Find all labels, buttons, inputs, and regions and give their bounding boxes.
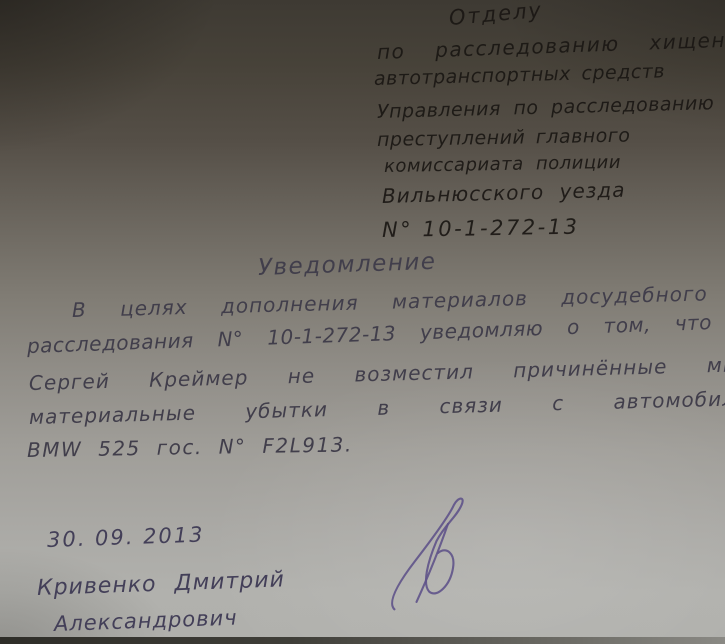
- recipient-line-5: преступлений главного: [377, 125, 631, 151]
- case-number: N° 10-1-272-13: [382, 215, 580, 242]
- recipient-line-6: комиссариата полиции: [384, 152, 621, 177]
- signature-icon: [378, 485, 491, 625]
- recipient-line-7: Вильнюсского уезда: [382, 178, 626, 208]
- recipient-line-2: по расследованию хищений: [377, 27, 725, 64]
- photo-bottom-edge-shadow: [0, 637, 725, 644]
- recipient-line-1: Отделу: [448, 0, 544, 30]
- handwritten-notification-photo: Отделу по расследованию хищений автотран…: [0, 0, 725, 644]
- document-date: 30. 09. 2013: [47, 523, 205, 552]
- document-title: Уведомление: [258, 249, 437, 281]
- signatory-name-line-2: Александрович: [54, 606, 238, 636]
- body-line-5: BMW 525 гос. N° F2L913.: [27, 432, 353, 462]
- recipient-line-4: Управления по расследованию: [377, 92, 715, 123]
- recipient-line-3: автотранспортных средств: [374, 60, 666, 90]
- signatory-name-line-1: Кривенко Дмитрий: [37, 567, 286, 601]
